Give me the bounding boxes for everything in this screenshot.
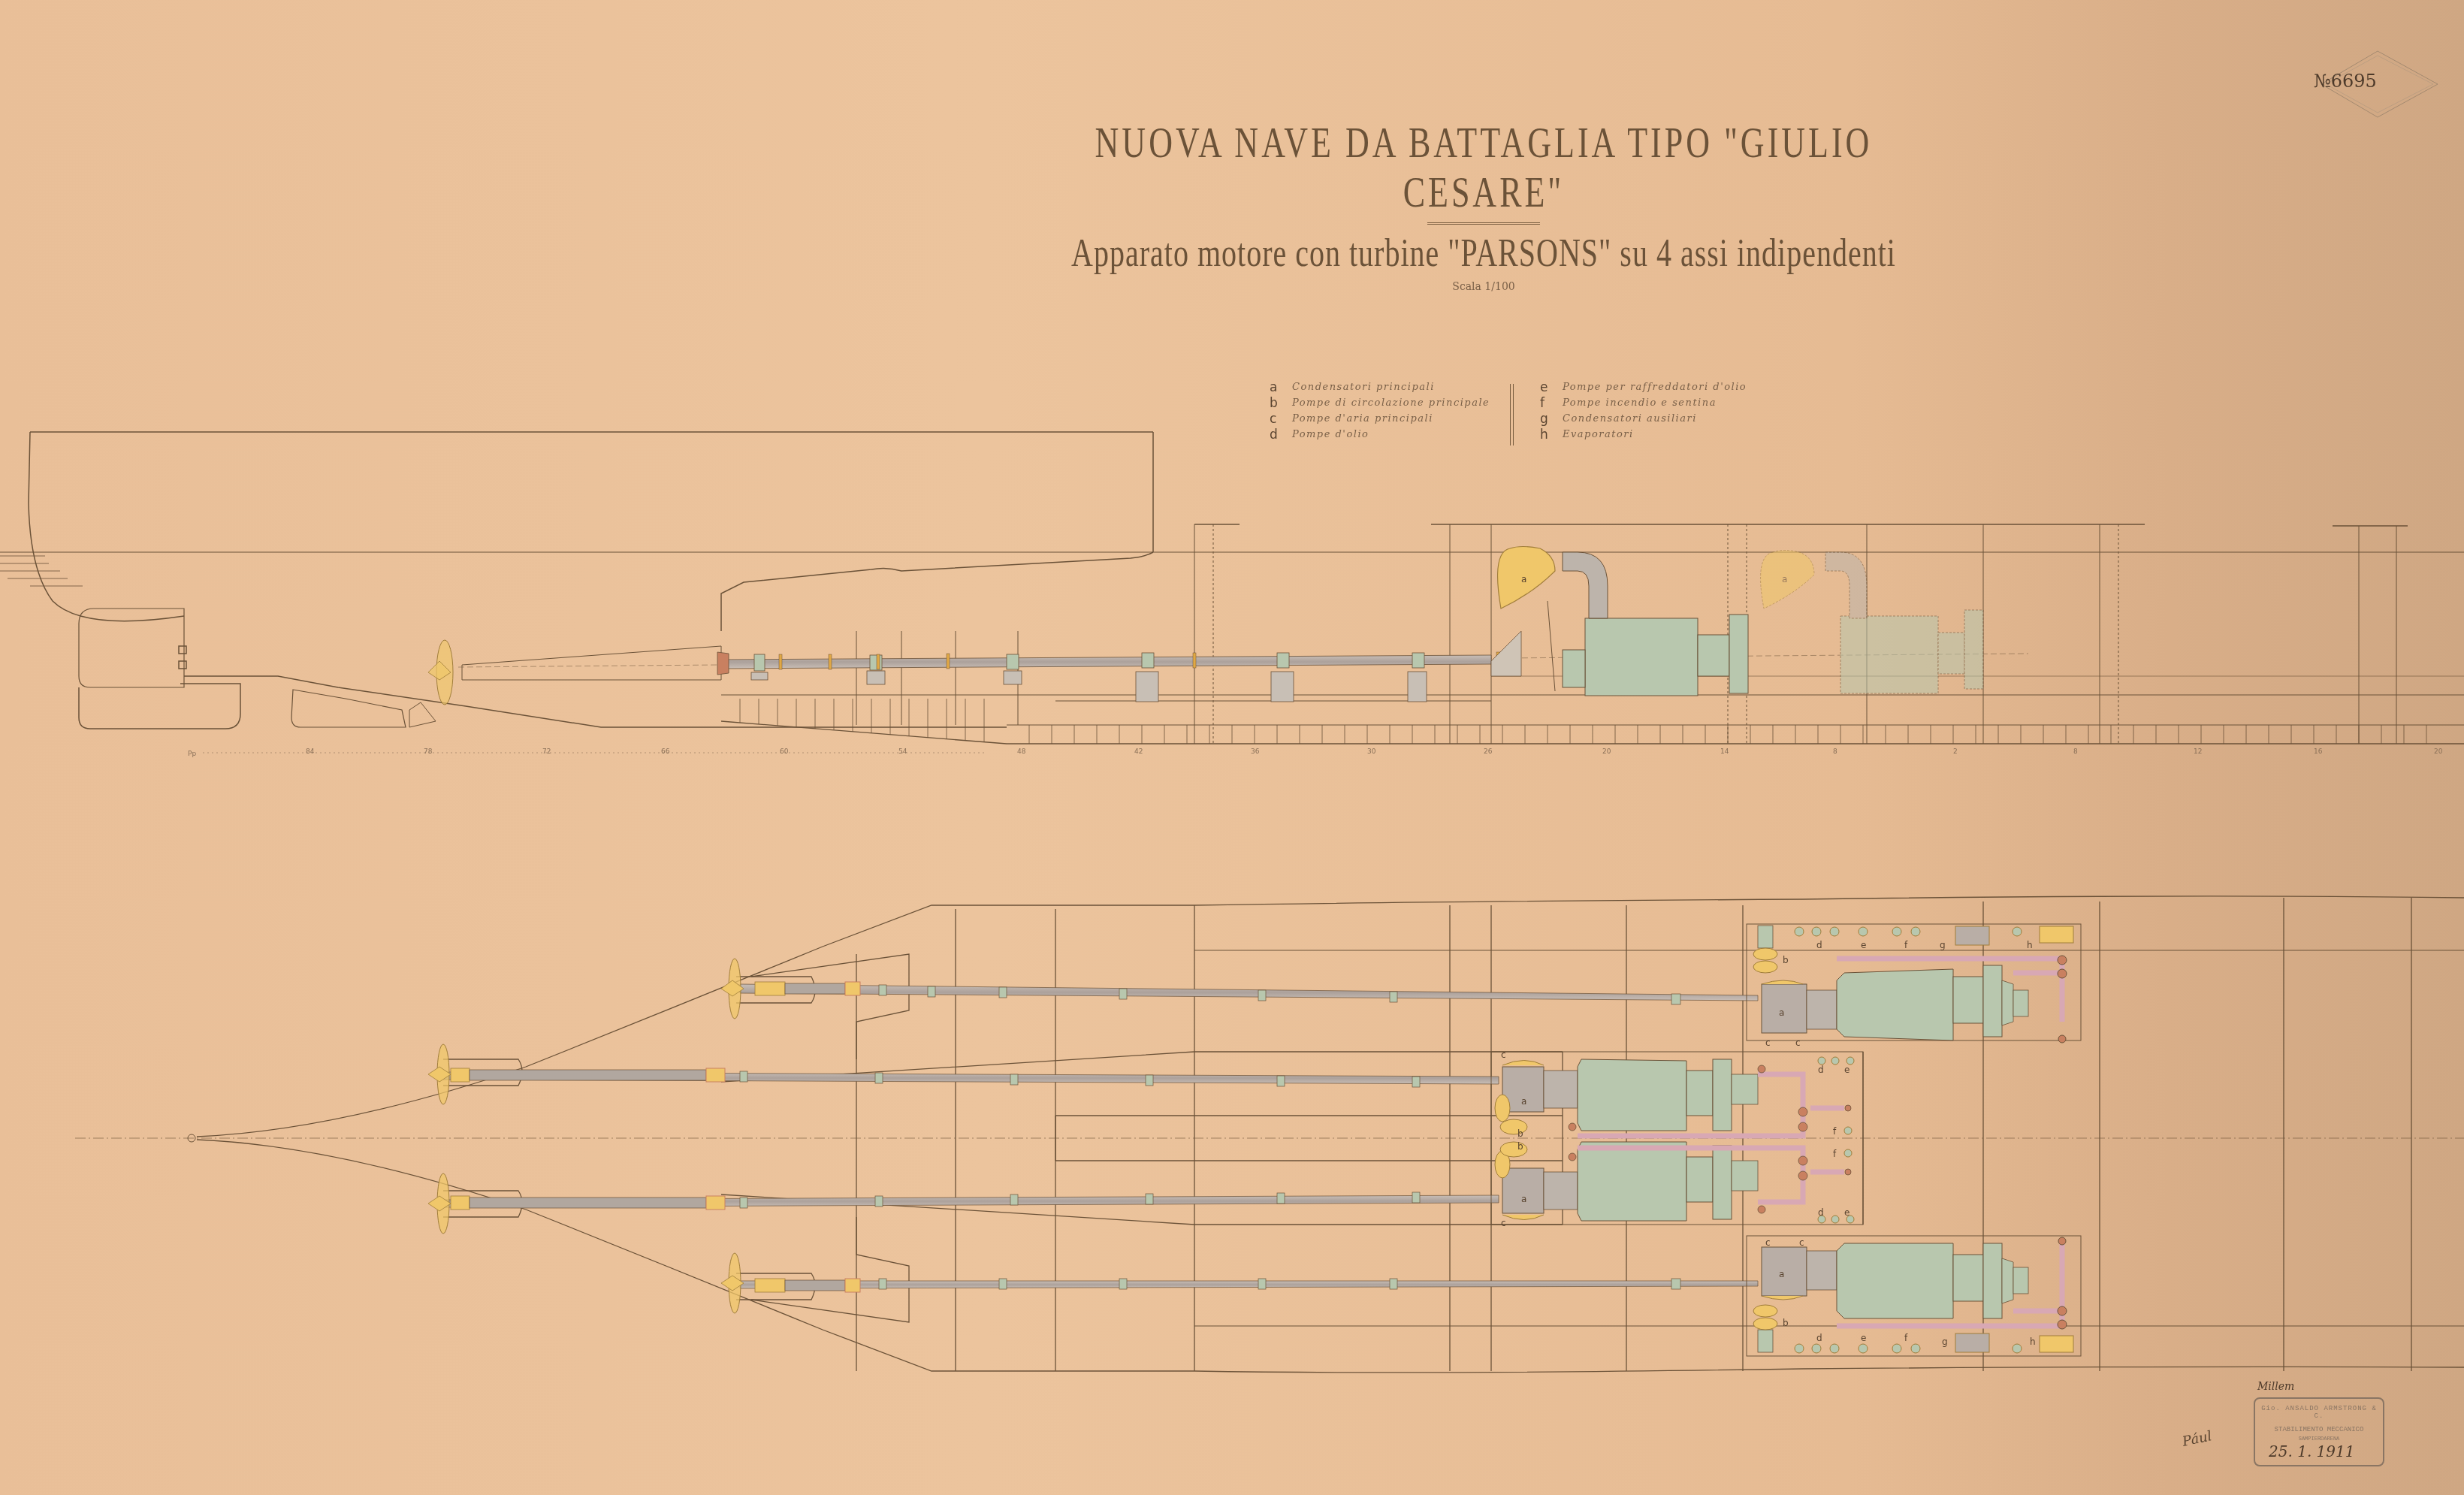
svg-text:c: c <box>1765 1037 1771 1048</box>
svg-text:54: 54 <box>898 748 907 756</box>
svg-text:b: b <box>1783 1318 1789 1328</box>
svg-text:e: e <box>1861 940 1866 950</box>
svg-text:f: f <box>1833 1149 1837 1159</box>
svg-text:a: a <box>1521 1096 1526 1107</box>
side-shafting <box>717 652 1500 702</box>
svg-text:20: 20 <box>2434 748 2443 756</box>
svg-text:42: 42 <box>1134 748 1143 756</box>
signature-top: Millem <box>2257 1381 2294 1393</box>
side-turbine-aft-hidden: a <box>1761 551 1983 694</box>
svg-text:h: h <box>2030 1336 2036 1347</box>
svg-text:48: 48 <box>1017 748 1026 756</box>
svg-text:30: 30 <box>1367 748 1376 756</box>
svg-text:8: 8 <box>2073 748 2078 756</box>
svg-text:66: 66 <box>661 748 670 756</box>
svg-text:e: e <box>1861 1333 1866 1343</box>
svg-text:8: 8 <box>1833 748 1837 756</box>
svg-text:d: d <box>1818 1065 1824 1075</box>
svg-text:a: a <box>1779 1269 1784 1279</box>
svg-text:c: c <box>1501 1218 1506 1228</box>
shaft-inner-upper <box>428 1044 1499 1104</box>
svg-text:e: e <box>1844 1065 1850 1075</box>
shaft-outer-lower <box>721 1253 1758 1313</box>
svg-text:c: c <box>1765 1237 1771 1248</box>
svg-text:g: g <box>1942 1336 1948 1347</box>
svg-text:c: c <box>1501 1050 1506 1060</box>
plan-shafts <box>428 959 1758 1313</box>
svg-text:d: d <box>1818 1207 1824 1218</box>
frame-numbers: Pp 84 78 72 66 60 54 48 42 36 30 26 20 1… <box>188 748 2443 758</box>
stamp-company: Gio. ANSALDO ARMSTRONG & C. <box>2255 1405 2383 1420</box>
plan-units-center: a a b b c c d e f f d e <box>1491 1050 1863 1228</box>
svg-text:36: 36 <box>1251 748 1260 756</box>
svg-text:b: b <box>1783 955 1789 965</box>
svg-text:b: b <box>1517 1128 1523 1139</box>
side-elevation <box>0 432 2464 744</box>
svg-text:c: c <box>1799 1237 1804 1248</box>
svg-text:a: a <box>1779 1007 1784 1018</box>
component-label: a <box>1521 574 1526 584</box>
svg-text:d: d <box>1816 940 1822 950</box>
stamp-date: 25. 1. 1911 <box>2269 1442 2355 1460</box>
svg-text:14: 14 <box>1720 748 1729 756</box>
drawing-sheet: №6695 NUOVA NAVE DA BATTAGLIA TIPO "GIUL… <box>0 0 2464 1495</box>
svg-text:d: d <box>1816 1333 1822 1343</box>
svg-text:a: a <box>1521 1194 1526 1204</box>
company-stamp: Gio. ANSALDO ARMSTRONG & C. STABILIMENTO… <box>2254 1397 2384 1466</box>
component-label: a <box>1782 574 1787 584</box>
side-turbine-forward: a <box>1491 547 1748 696</box>
engineering-drawing: a a Pp 84 78 72 66 60 54 48 42 36 30 26 … <box>0 0 2464 1495</box>
svg-text:f: f <box>1833 1126 1837 1137</box>
svg-text:60: 60 <box>780 748 789 756</box>
plan-unit-lower: a b c c d e f g h <box>1747 1236 2081 1356</box>
svg-text:78: 78 <box>424 748 433 756</box>
svg-text:b: b <box>1517 1141 1523 1152</box>
svg-text:20: 20 <box>1602 748 1611 756</box>
svg-text:12: 12 <box>2194 748 2202 756</box>
svg-text:g: g <box>1940 940 1946 950</box>
svg-text:Pp: Pp <box>188 751 196 758</box>
plan-view <box>75 896 2464 1373</box>
plan-unit-upper: a b c c d e f g h <box>1747 924 2081 1048</box>
svg-text:e: e <box>1844 1207 1850 1218</box>
svg-text:72: 72 <box>542 748 551 756</box>
svg-text:2: 2 <box>1953 748 1958 756</box>
svg-text:h: h <box>2027 940 2033 950</box>
stamp-location: SAMPIERDARENA <box>2255 1436 2383 1442</box>
svg-text:84: 84 <box>306 748 315 756</box>
svg-text:f: f <box>1904 940 1908 950</box>
svg-text:c: c <box>1795 1037 1801 1048</box>
stamp-department: STABILIMENTO MECCANICO <box>2255 1426 2383 1433</box>
svg-text:26: 26 <box>1484 748 1493 756</box>
svg-text:16: 16 <box>2314 748 2323 756</box>
shaft-outer-upper <box>721 959 1758 1019</box>
svg-text:f: f <box>1904 1333 1908 1343</box>
